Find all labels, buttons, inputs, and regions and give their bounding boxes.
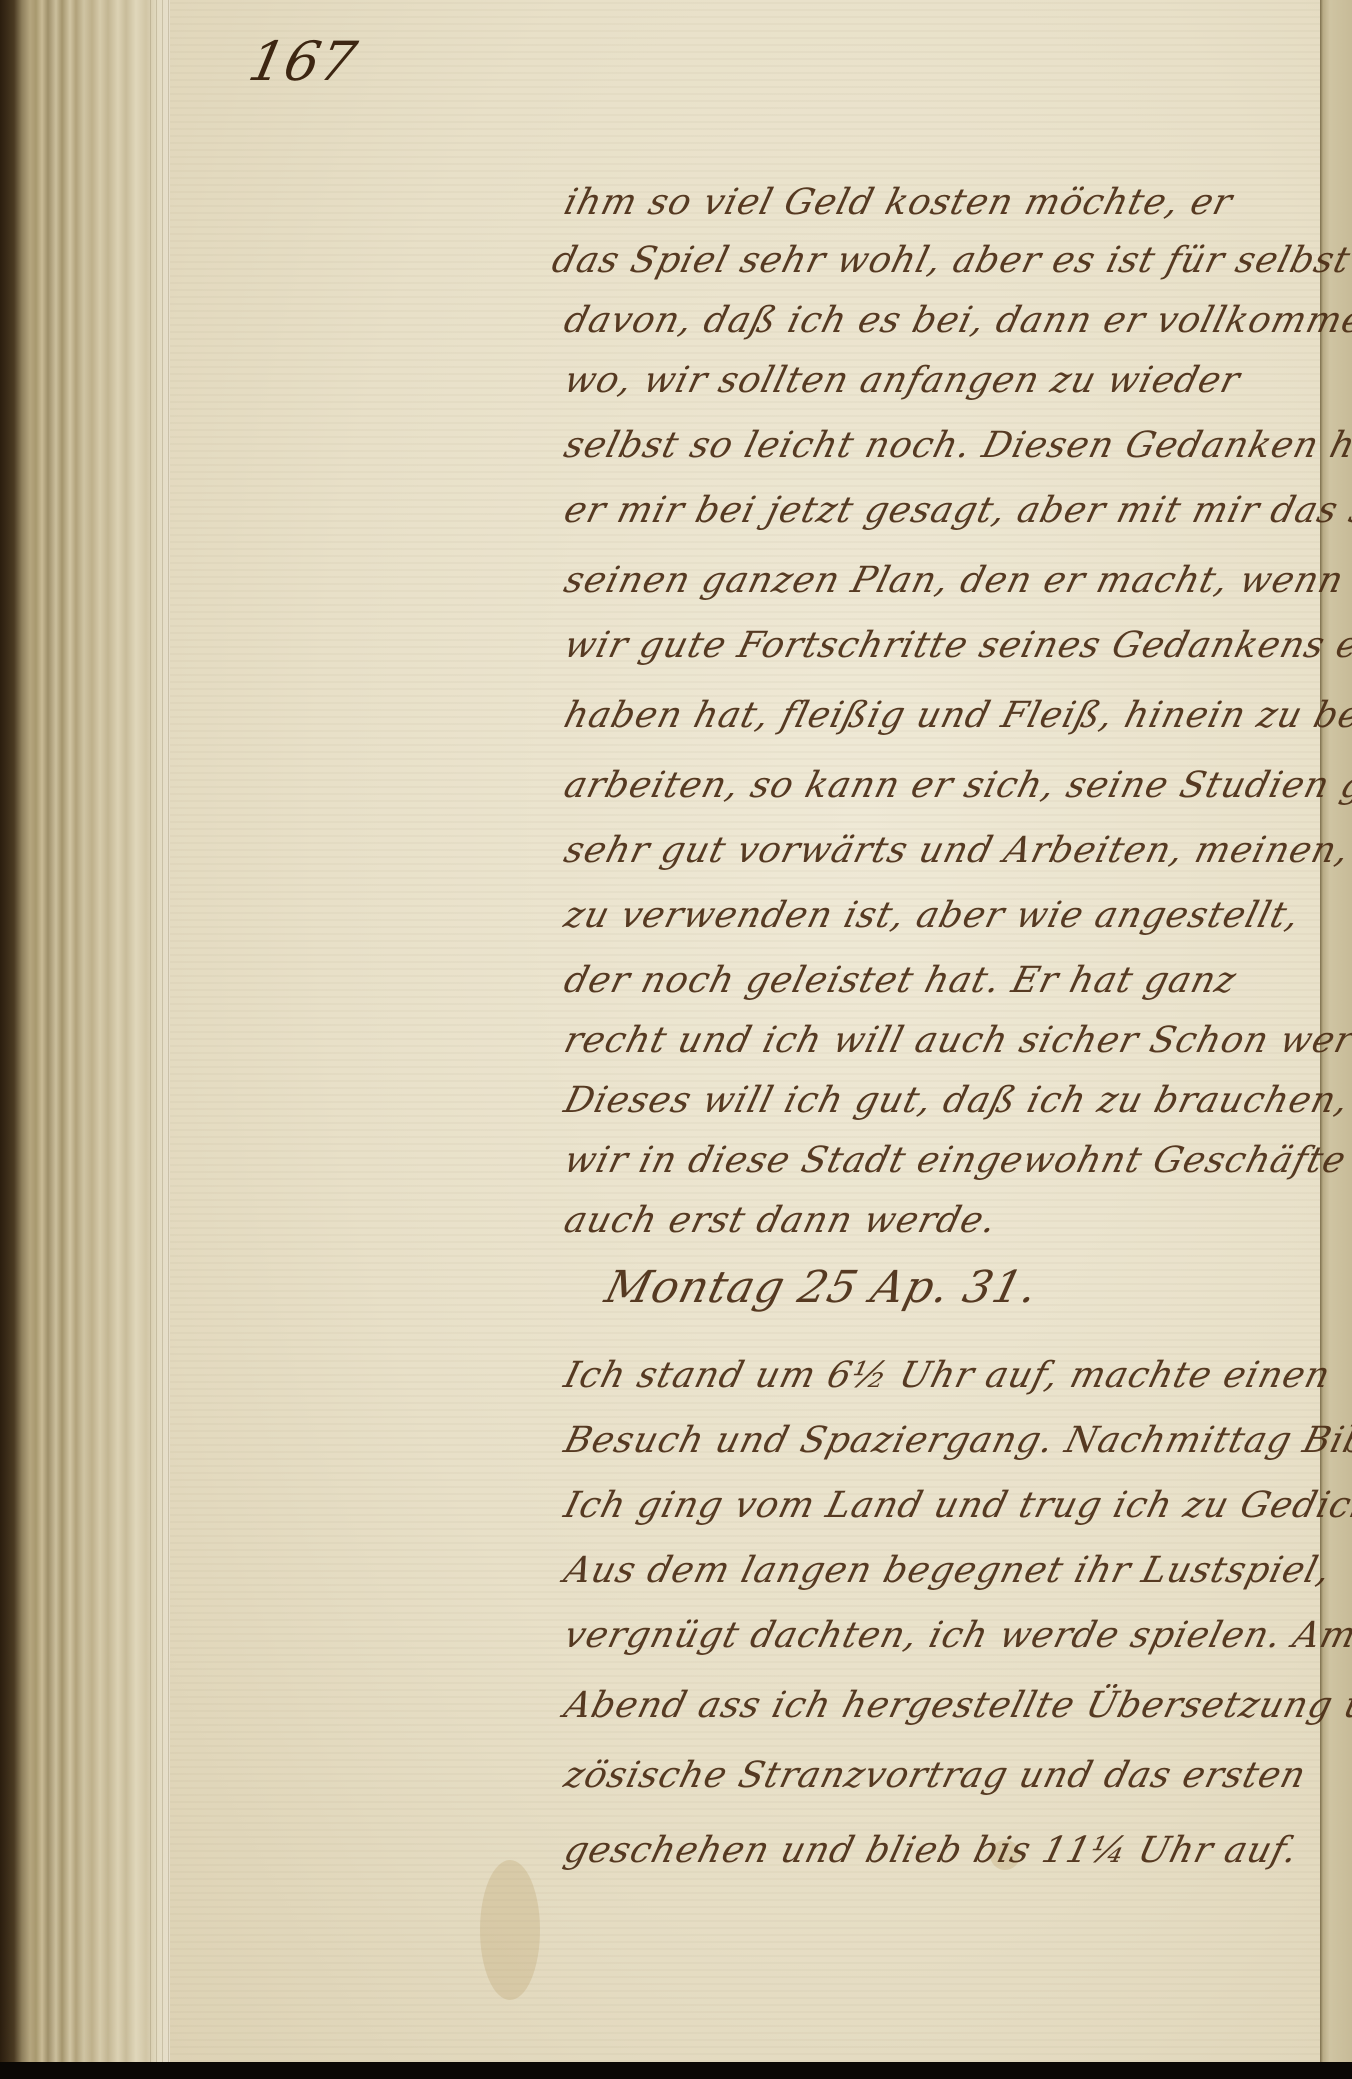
folio-number: 167 (243, 30, 362, 93)
text-line: Aus dem langen begegnet ihr Lustspiel, (560, 1550, 1335, 1591)
text-line: ihm so viel Geld kosten möchte, er (560, 182, 1237, 223)
text-line: seinen ganzen Plan, den er macht, wenn (560, 560, 1348, 601)
text-line: haben hat, fleißig und Fleiß, hinein zu … (560, 695, 1352, 736)
paper-stain (480, 1860, 540, 2000)
text-line: auch erst dann werde. (560, 1200, 1001, 1241)
text-line: wir in diese Stadt eingewohnt Geschäfte (560, 1140, 1351, 1181)
text-line: recht und ich will auch sicher Schon wer… (560, 1020, 1352, 1061)
entry-date-heading: Montag 25 Ap. 31. (600, 1262, 1044, 1313)
text-line: der noch geleistet hat. Er hat ganz (560, 960, 1241, 1001)
text-line: selbst so leicht noch. Diesen Gedanken h… (560, 425, 1352, 466)
text-line: arbeiten, so kann er sich, seine Studien… (560, 765, 1352, 806)
text-line: Besuch und Spaziergang. Nachmittag Bib (560, 1420, 1352, 1461)
text-line: das Spiel sehr wohl, aber es ist für sel… (548, 240, 1352, 281)
text-line: Abend ass ich hergestellte Übersetzung u… (560, 1685, 1352, 1726)
page-edge-stack (0, 0, 170, 2062)
text-line: vergnügt dachten, ich werde spielen. Am (560, 1615, 1352, 1656)
text-line: sehr gut vorwärts und Arbeiten, meinen, (560, 830, 1352, 871)
text-line: Dieses will ich gut, daß ich zu brauchen… (560, 1080, 1352, 1121)
text-line: wo, wir sollten anfangen zu wieder (560, 360, 1245, 401)
text-line: geschehen und blieb bis 11¼ Uhr auf. (560, 1830, 1302, 1871)
scanned-manuscript: 167 ihm so viel Geld kosten möchte, er d… (0, 0, 1352, 2062)
text-line: wir gute Fortschritte seines Gedankens e… (560, 625, 1352, 666)
scan-background-strip (0, 2062, 1352, 2079)
text-line: zu verwenden ist, aber wie angestellt, (560, 895, 1304, 936)
text-line: er mir bei jetzt gesagt, aber mit mir da… (560, 490, 1352, 531)
text-line: Ich ging vom Land und trug ich zu Gedich… (560, 1485, 1352, 1526)
text-line: davon, daß ich es bei, dann er vollkomme… (560, 300, 1352, 341)
text-line: zösische Stranzvortrag und das ersten (560, 1755, 1310, 1796)
text-line: Ich stand um 6½ Uhr auf, machte einen (560, 1355, 1335, 1396)
